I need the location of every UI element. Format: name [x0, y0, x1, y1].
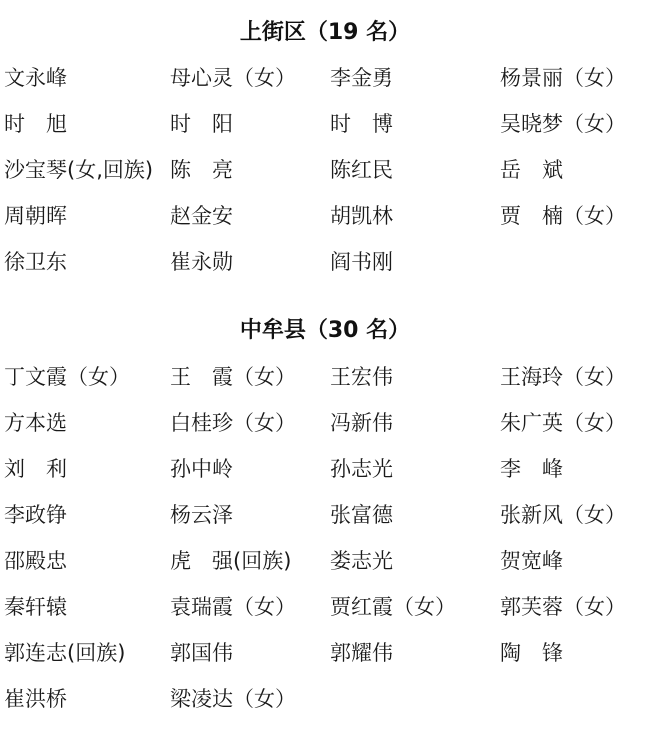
- name-row: 秦轩辕 袁瑞霞（女） 贾红霞（女） 郭芙蓉（女）: [0, 592, 650, 622]
- name-row: 丁文霞（女） 王 霞（女） 王宏伟 王海玲（女）: [0, 362, 650, 392]
- name-cell: 徐卫东: [4, 247, 67, 277]
- name-cell: 赵金安: [170, 201, 233, 231]
- name-cell: 孙中岭: [170, 454, 233, 484]
- name-cell: 丁文霞（女）: [4, 362, 130, 392]
- name-cell: 陈红民: [330, 155, 393, 185]
- name-cell: 邵殿忠: [4, 546, 67, 576]
- name-cell: 郭耀伟: [330, 638, 393, 668]
- name-cell: 刘 利: [4, 454, 67, 484]
- name-cell: 郭国伟: [170, 638, 233, 668]
- name-cell: 胡凯林: [330, 201, 393, 231]
- name-cell: 文永峰: [4, 63, 67, 93]
- name-cell: 周朝晖: [4, 201, 67, 231]
- name-cell: 虎 强(回族): [170, 546, 291, 576]
- name-cell: 时 旭: [4, 109, 67, 139]
- name-cell: 母心灵（女）: [170, 63, 296, 93]
- name-cell: 阎书刚: [330, 247, 393, 277]
- name-row: 周朝晖 赵金安 胡凯林 贾 楠（女）: [0, 201, 650, 231]
- name-row: 徐卫东 崔永勋 阎书刚: [0, 247, 650, 277]
- section-title-shangjie: 上街区（19 名）: [0, 18, 650, 48]
- name-cell: 贾红霞（女）: [330, 592, 456, 622]
- name-cell: 王海玲（女）: [500, 362, 626, 392]
- name-cell: 张富德: [330, 500, 393, 530]
- name-cell: 秦轩辕: [4, 592, 67, 622]
- name-cell: 陈 亮: [170, 155, 233, 185]
- name-cell: 王宏伟: [330, 362, 393, 392]
- name-row: 方本选 白桂珍（女） 冯新伟 朱广英（女）: [0, 408, 650, 438]
- name-cell: 冯新伟: [330, 408, 393, 438]
- name-cell: 郭连志(回族): [4, 638, 125, 668]
- name-cell: 时 博: [330, 109, 393, 139]
- name-cell: 杨云泽: [170, 500, 233, 530]
- name-cell: 吴晓梦（女）: [500, 109, 626, 139]
- name-cell: 王 霞（女）: [170, 362, 296, 392]
- name-cell: 方本选: [4, 408, 67, 438]
- name-cell: 李政铮: [4, 500, 67, 530]
- name-cell: 贾 楠（女）: [500, 201, 626, 231]
- name-row: 时 旭 时 阳 时 博 吴晓梦（女）: [0, 109, 650, 139]
- name-cell: 李 峰: [500, 454, 563, 484]
- name-cell: 张新风（女）: [500, 500, 626, 530]
- name-cell: 李金勇: [330, 63, 393, 93]
- name-row: 邵殿忠 虎 强(回族) 娄志光 贺宽峰: [0, 546, 650, 576]
- name-cell: 杨景丽（女）: [500, 63, 626, 93]
- name-cell: 袁瑞霞（女）: [170, 592, 296, 622]
- name-cell: 崔洪桥: [4, 684, 67, 714]
- name-cell: 郭芙蓉（女）: [500, 592, 626, 622]
- name-cell: 陶 锋: [500, 638, 563, 668]
- name-cell: 孙志光: [330, 454, 393, 484]
- name-row: 文永峰 母心灵（女） 李金勇 杨景丽（女）: [0, 63, 650, 93]
- name-row: 沙宝琴(女,回族) 陈 亮 陈红民 岳 斌: [0, 155, 650, 185]
- name-cell: 贺宽峰: [500, 546, 563, 576]
- name-row: 李政铮 杨云泽 张富德 张新风（女）: [0, 500, 650, 530]
- name-row: 刘 利 孙中岭 孙志光 李 峰: [0, 454, 650, 484]
- name-cell: 梁凌达（女）: [170, 684, 296, 714]
- name-cell: 白桂珍（女）: [170, 408, 296, 438]
- name-cell: 娄志光: [330, 546, 393, 576]
- name-cell: 岳 斌: [500, 155, 563, 185]
- name-cell: 时 阳: [170, 109, 233, 139]
- name-cell: 沙宝琴(女,回族): [4, 155, 153, 185]
- name-row: 崔洪桥 梁凌达（女）: [0, 684, 650, 714]
- name-cell: 崔永勋: [170, 247, 233, 277]
- section-title-zhongmou: 中牟县（30 名）: [0, 316, 650, 346]
- name-cell: 朱广英（女）: [500, 408, 626, 438]
- name-row: 郭连志(回族) 郭国伟 郭耀伟 陶 锋: [0, 638, 650, 668]
